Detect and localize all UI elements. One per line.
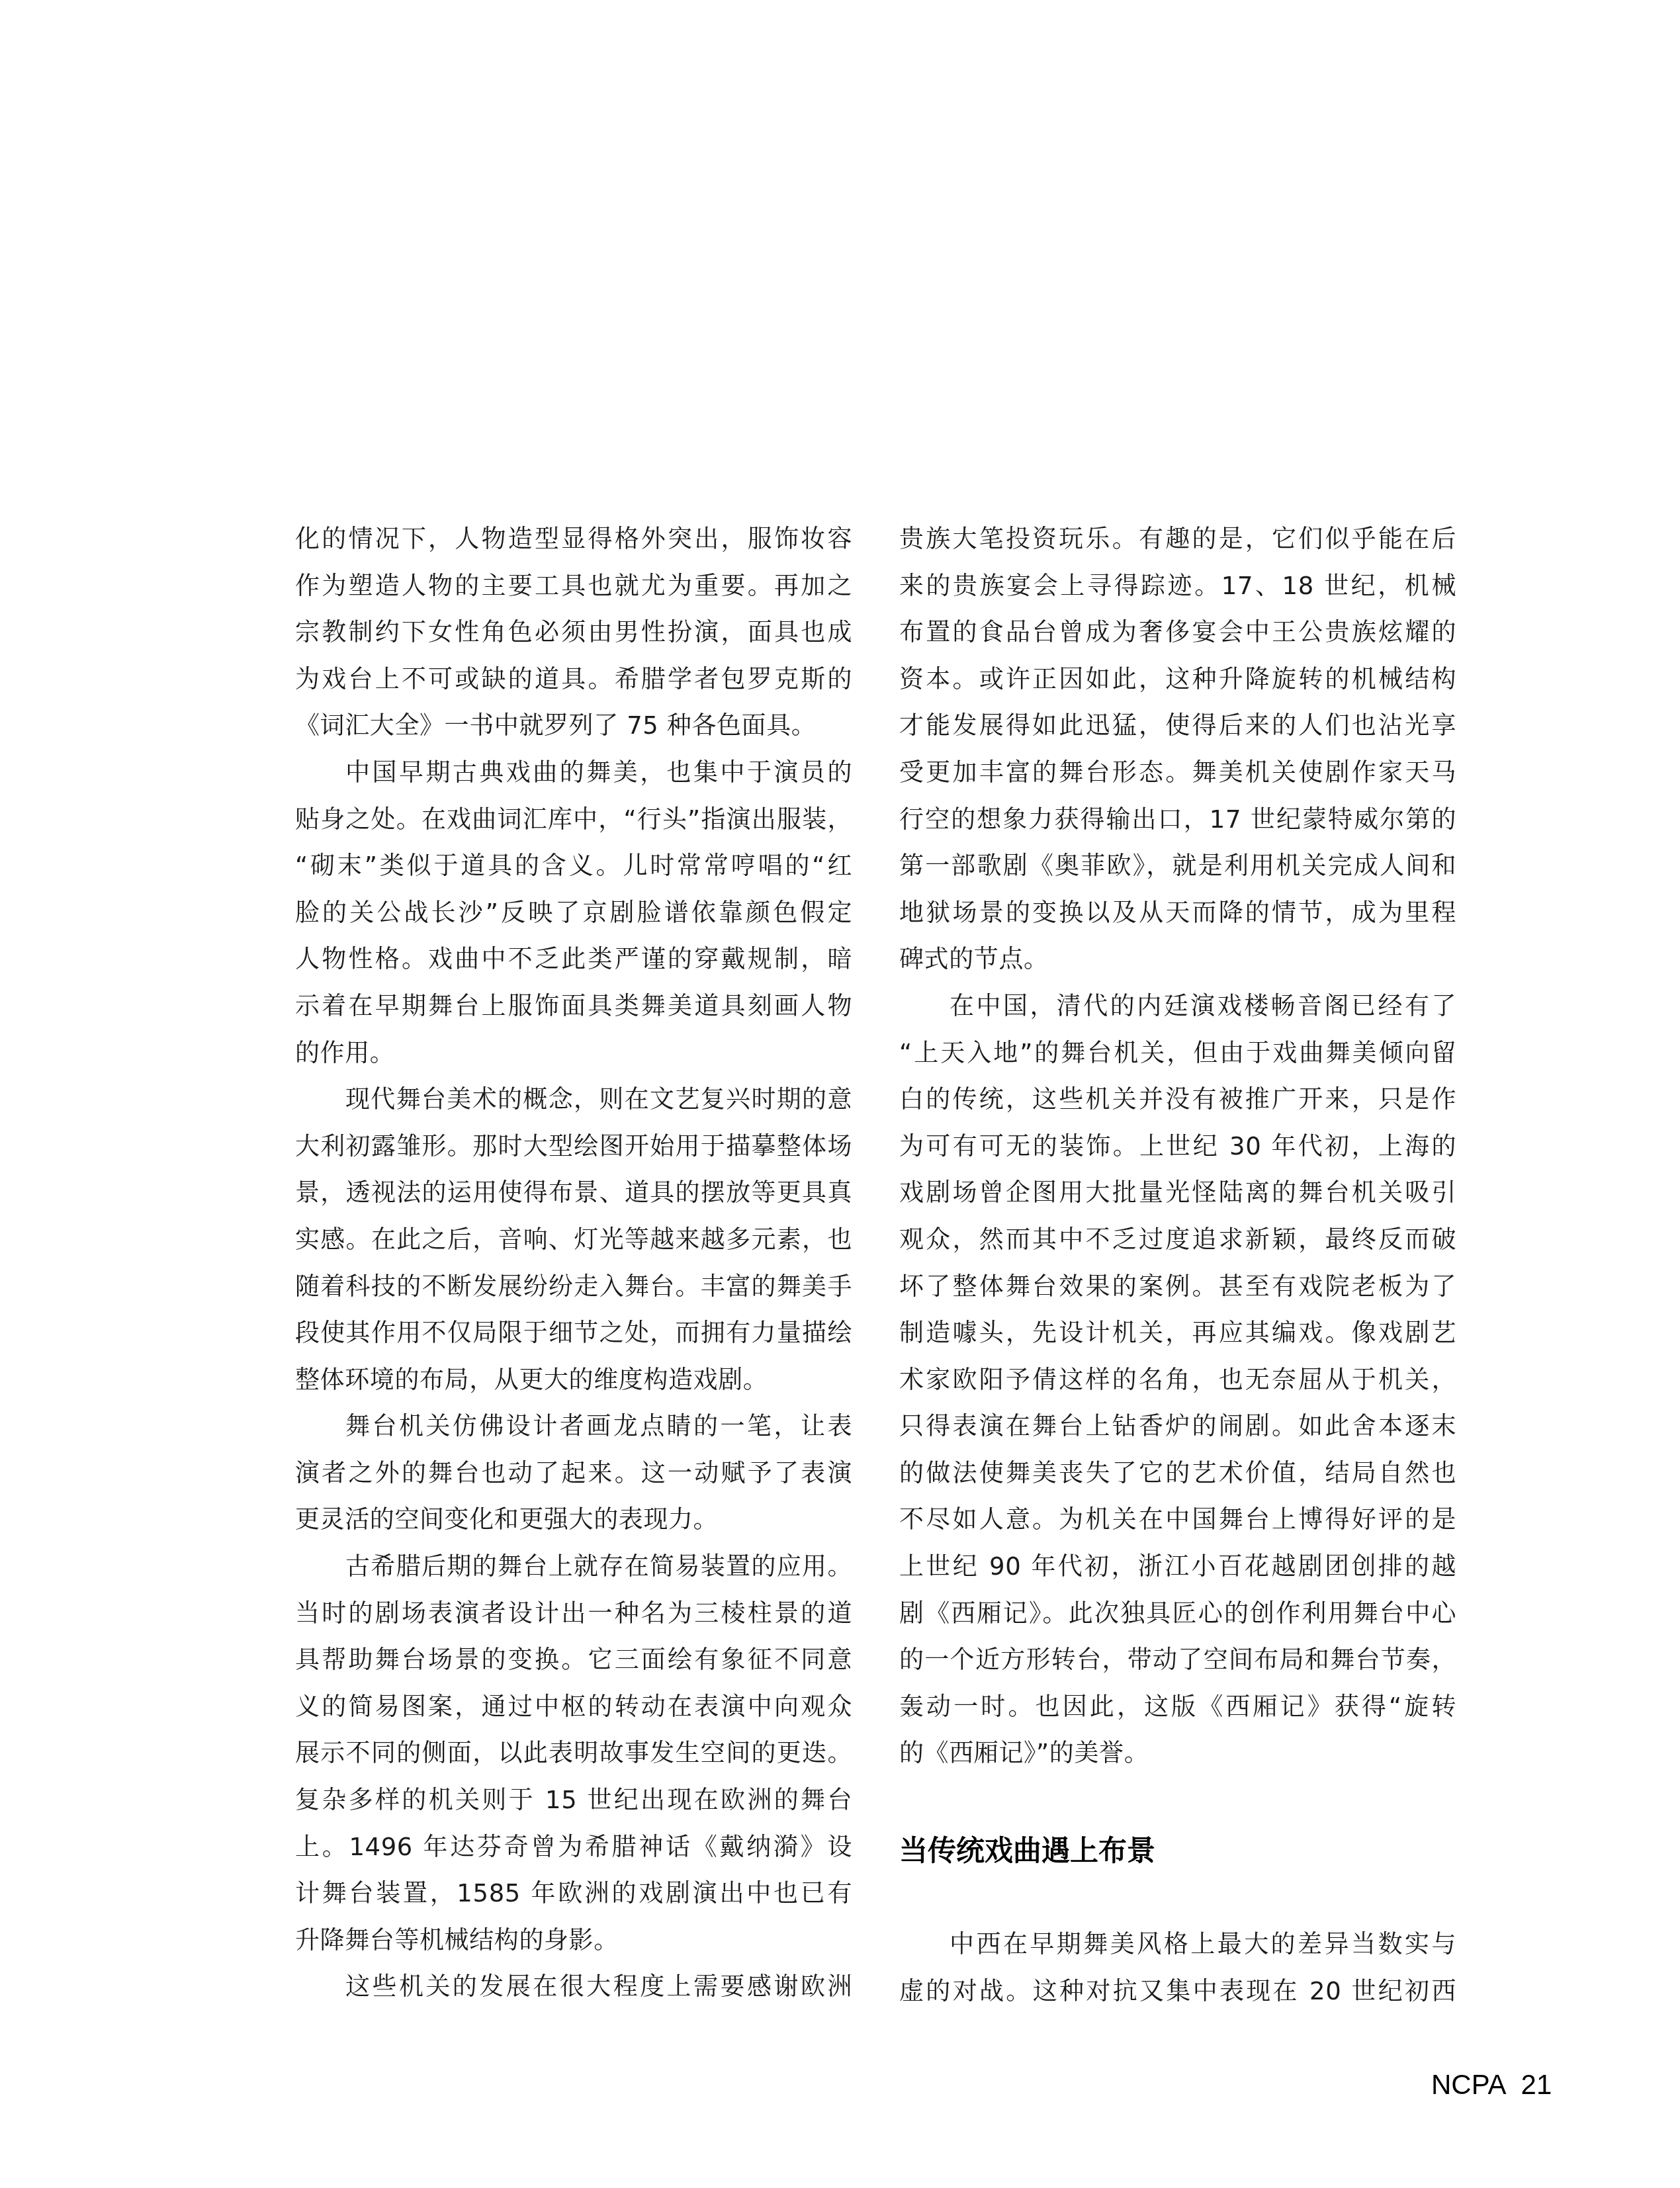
text-line: 受更加丰富的舞台形态。舞美机关使剧作家天马	[899, 754, 1456, 801]
text-line: 的作用。	[295, 1034, 852, 1081]
text-line: 展示不同的侧面，以此表明故事发生空间的更迭。	[295, 1734, 852, 1781]
text-line: 舞台机关仿佛设计者画龙点睛的一笔，让表	[295, 1407, 852, 1454]
text-line: 才能发展得如此迅猛，使得后来的人们也沾光享	[899, 707, 1456, 754]
text-line: 虚的对战。这种对抗又集中表现在 20 世纪初西	[899, 1972, 1456, 2019]
text-line: 当时的剧场表演者设计出一种名为三棱柱景的道	[295, 1595, 852, 1641]
text-line: 贵族大笔投资玩乐。有趣的是，它们似乎能在后	[899, 520, 1456, 567]
text-line: 碑式的节点。	[899, 940, 1456, 987]
text-line: 的做法使舞美丧失了它的艺术价值，结局自然也	[899, 1454, 1456, 1501]
text-line: 坏了整体舞台效果的案例。甚至有戏院老板为了	[899, 1268, 1456, 1315]
text-line: 更灵活的空间变化和更强大的表现力。	[295, 1501, 852, 1548]
text-line: 随着科技的不断发展纷纷走入舞台。丰富的舞美手	[295, 1268, 852, 1315]
text-line: 地狱场景的变换以及从天而降的情节，成为里程	[899, 894, 1456, 941]
text-line: 计舞台装置，1585 年欧洲的戏剧演出中也已有	[295, 1874, 852, 1921]
text-line: “上天入地”的舞台机关，但由于戏曲舞美倾向留	[899, 1034, 1456, 1081]
publication-name: NCPA	[1431, 2069, 1507, 2100]
text-line: 上。1496 年达芬奇曾为希腊神话《戴纳漪》设	[295, 1828, 852, 1875]
text-line: 具帮助舞台场景的变换。它三面绘有象征不同意	[295, 1641, 852, 1688]
text-line: 布置的食品台曾成为奢侈宴会中王公贵族炫耀的	[899, 613, 1456, 660]
text-line: 贴身之处。在戏曲词汇库中，“行头”指演出服装，	[295, 801, 852, 848]
text-line: 第一部歌剧《奥菲欧》，就是利用机关完成人间和	[899, 847, 1456, 894]
text-line: 在中国，清代的内廷演戏楼畅音阁已经有了	[899, 987, 1456, 1034]
text-line: 示着在早期舞台上服饰面具类舞美道具刻画人物	[295, 987, 852, 1034]
text-line: 资本。或许正因如此，这种升降旋转的机械结构	[899, 660, 1456, 707]
text-line: 的《西厢记》”的美誉。	[899, 1734, 1456, 1781]
text-line: 演者之外的舞台也动了起来。这一动赋予了表演	[295, 1454, 852, 1501]
text-line: 大利初露雏形。那时大型绘图开始用于描摹整体场	[295, 1127, 852, 1174]
text-line: 复杂多样的机关则于 15 世纪出现在欧洲的舞台	[295, 1781, 852, 1828]
text-line: 这些机关的发展在很大程度上需要感谢欧洲	[295, 1968, 852, 2015]
text-line: 实感。在此之后，音响、灯光等越来越多元素，也	[295, 1221, 852, 1268]
text-line: 来的贵族宴会上寻得踪迹。17、18 世纪，机械	[899, 567, 1456, 614]
text-line: 制造噱头，先设计机关，再应其编戏。像戏剧艺	[899, 1314, 1456, 1361]
text-line: 升降舞台等机械结构的身影。	[295, 1921, 852, 1968]
text-line: 为戏台上不可或缺的道具。希腊学者包罗克斯的	[295, 660, 852, 707]
right-column: 贵族大笔投资玩乐。有趣的是，它们似乎能在后来的贵族宴会上寻得踪迹。17、18 世…	[899, 520, 1456, 1781]
text-line: 景，透视法的运用使得布景、道具的摆放等更具真	[295, 1174, 852, 1221]
text-line: 人物性格。戏曲中不乏此类严谨的穿戴规制，暗	[295, 940, 852, 987]
text-line: 术家欧阳予倩这样的名角，也无奈屈从于机关，	[899, 1361, 1456, 1408]
section-heading: 当传统戏曲遇上布景	[899, 1831, 1155, 1871]
left-column: 化的情况下，人物造型显得格外突出，服饰妆容作为塑造人物的主要工具也就尤为重要。再…	[295, 520, 852, 2015]
text-line: 古希腊后期的舞台上就存在简易装置的应用。	[295, 1548, 852, 1595]
text-line: 的一个近方形转台，带动了空间布局和舞台节奏，	[899, 1641, 1456, 1688]
text-line: 义的简易图案，通过中枢的转动在表演中向观众	[295, 1688, 852, 1735]
page-number: 21	[1521, 2069, 1552, 2100]
text-line: 作为塑造人物的主要工具也就尤为重要。再加之	[295, 567, 852, 614]
text-line: 段使其作用不仅局限于细节之处，而拥有力量描绘	[295, 1314, 852, 1361]
text-line: 化的情况下，人物造型显得格外突出，服饰妆容	[295, 520, 852, 567]
text-line: 白的传统，这些机关并没有被推广开来，只是作	[899, 1080, 1456, 1127]
text-line: 《词汇大全》一书中就罗列了 75 种各色面具。	[295, 707, 852, 754]
text-line: 轰动一时。也因此，这版《西厢记》获得“旋转	[899, 1688, 1456, 1735]
section-body: 中西在早期舞美风格上最大的差异当数实与虚的对战。这种对抗又集中表现在 20 世纪…	[899, 1925, 1456, 2019]
text-line: 上世纪 90 年代初，浙江小百花越剧团创排的越	[899, 1548, 1456, 1595]
text-line: “砌末”类似于道具的含义。儿时常常哼唱的“红	[295, 847, 852, 894]
text-line: 现代舞台美术的概念，则在文艺复兴时期的意	[295, 1080, 852, 1127]
text-line: 不尽如人意。为机关在中国舞台上博得好评的是	[899, 1501, 1456, 1548]
text-line: 观众，然而其中不乏过度追求新颖，最终反而破	[899, 1221, 1456, 1268]
text-line: 为可有可无的装饰。上世纪 30 年代初，上海的	[899, 1127, 1456, 1174]
page-footer: NCPA21	[1431, 2068, 1552, 2101]
text-line: 中国早期古典戏曲的舞美，也集中于演员的	[295, 754, 852, 801]
text-line: 戏剧场曾企图用大批量光怪陆离的舞台机关吸引	[899, 1174, 1456, 1221]
text-line: 行空的想象力获得输出口，17 世纪蒙特威尔第的	[899, 801, 1456, 848]
text-line: 宗教制约下女性角色必须由男性扮演，面具也成	[295, 613, 852, 660]
text-line: 整体环境的布局，从更大的维度构造戏剧。	[295, 1361, 852, 1408]
text-line: 只得表演在舞台上钻香炉的闹剧。如此舍本逐末	[899, 1407, 1456, 1454]
text-line: 中西在早期舞美风格上最大的差异当数实与	[899, 1925, 1456, 1972]
text-line: 脸的关公战长沙”反映了京剧脸谱依靠颜色假定	[295, 894, 852, 941]
text-line: 剧《西厢记》。此次独具匠心的创作利用舞台中心	[899, 1595, 1456, 1641]
